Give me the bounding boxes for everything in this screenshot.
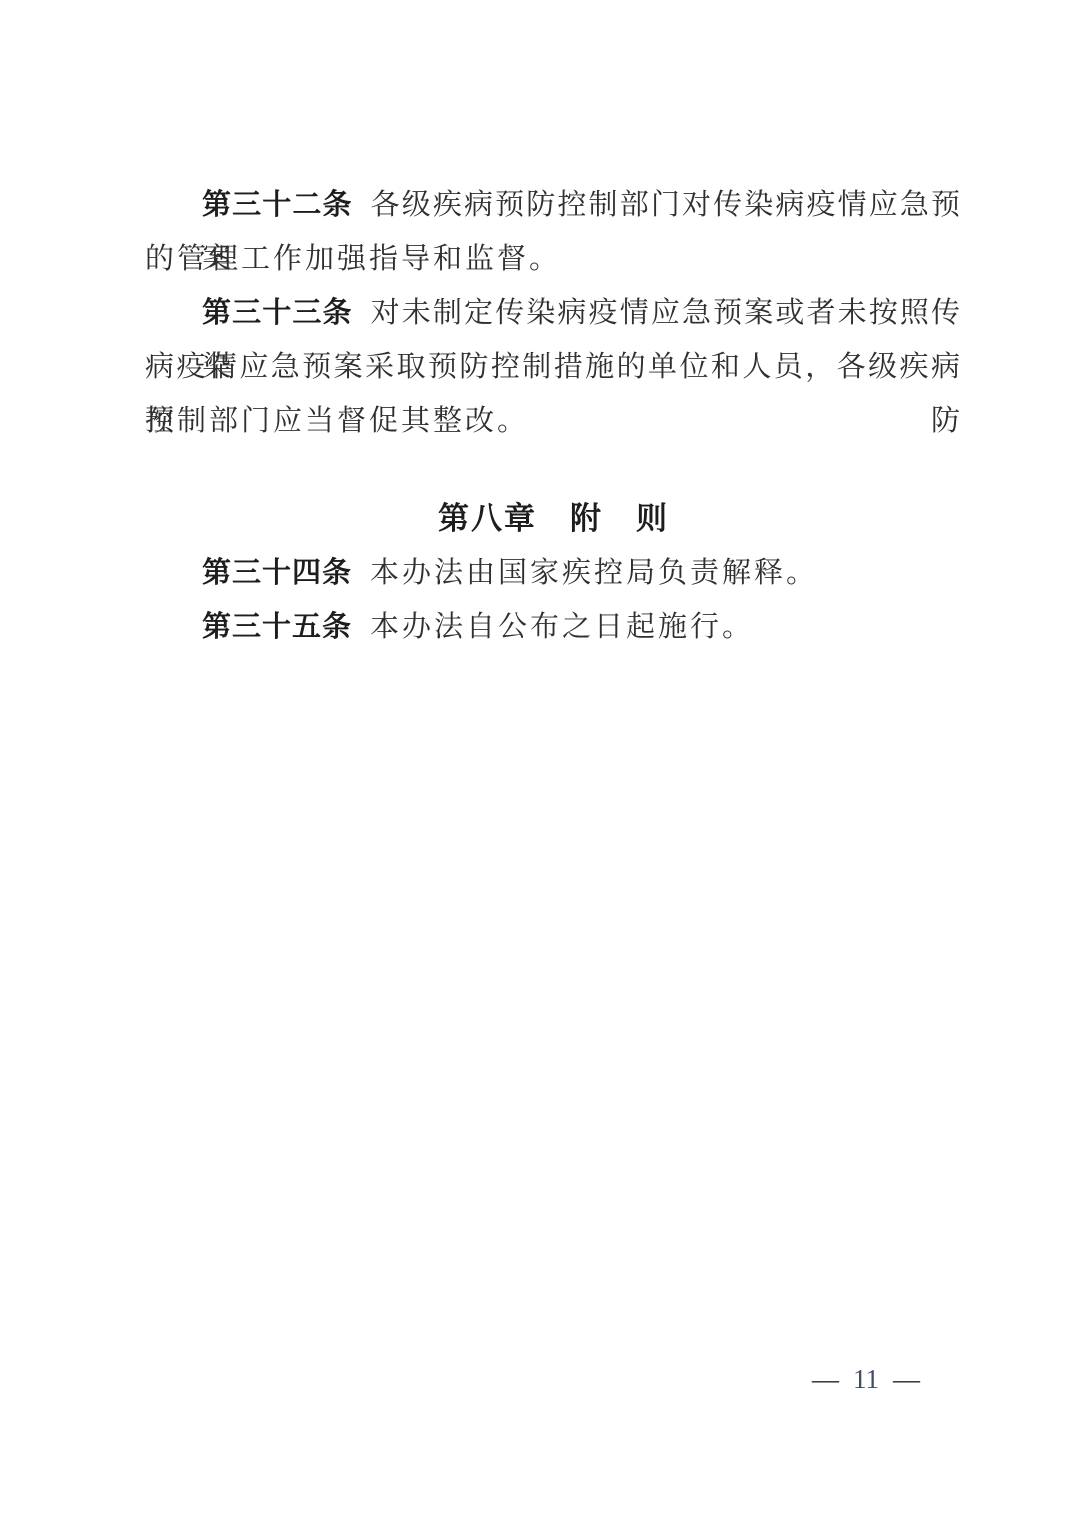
article-35: 第三十五条本办法自公布之日起施行。	[145, 600, 962, 654]
article-35-text: 本办法自公布之日起施行。	[370, 611, 754, 643]
article-32: 第三十二条各级疾病预防控制部门对传染病疫情应急预案 的管理工作加强指导和监督。	[145, 178, 962, 286]
article-34-line-1: 第三十四条本办法由国家疾控局负责解释。	[145, 546, 962, 600]
page-number: 11	[853, 1366, 879, 1393]
article-35-number: 第三十五条	[202, 611, 352, 643]
article-34-text: 本办法由国家疾控局负责解释。	[370, 557, 818, 589]
article-33-line-2: 病疫情应急预案采取预防控制措施的单位和人员，各级疾病预防	[145, 340, 962, 394]
article-32-line-1: 第三十二条各级疾病预防控制部门对传染病疫情应急预案	[145, 178, 962, 232]
page-footer: — 11 —	[812, 1362, 920, 1396]
document-page: 第三十二条各级疾病预防控制部门对传染病疫情应急预案 的管理工作加强指导和监督。 …	[0, 0, 1080, 1528]
article-32-number: 第三十二条	[202, 189, 353, 221]
article-33-line-1: 第三十三条对未制定传染病疫情应急预案或者未按照传染	[145, 286, 962, 340]
article-33: 第三十三条对未制定传染病疫情应急预案或者未按照传染 病疫情应急预案采取预防控制措…	[145, 286, 962, 448]
article-32-line-2: 的管理工作加强指导和监督。	[145, 232, 962, 286]
article-35-line-1: 第三十五条本办法自公布之日起施行。	[145, 600, 962, 654]
text-column: 第三十二条各级疾病预防控制部门对传染病疫情应急预案 的管理工作加强指导和监督。 …	[145, 178, 962, 654]
article-34: 第三十四条本办法由国家疾控局负责解释。	[145, 546, 962, 600]
article-33-number: 第三十三条	[202, 297, 353, 329]
chapter-heading: 第八章 附 则	[145, 492, 962, 546]
footer-right-dash: —	[893, 1366, 920, 1393]
article-34-number: 第三十四条	[202, 557, 352, 589]
footer-left-dash: —	[812, 1366, 839, 1393]
